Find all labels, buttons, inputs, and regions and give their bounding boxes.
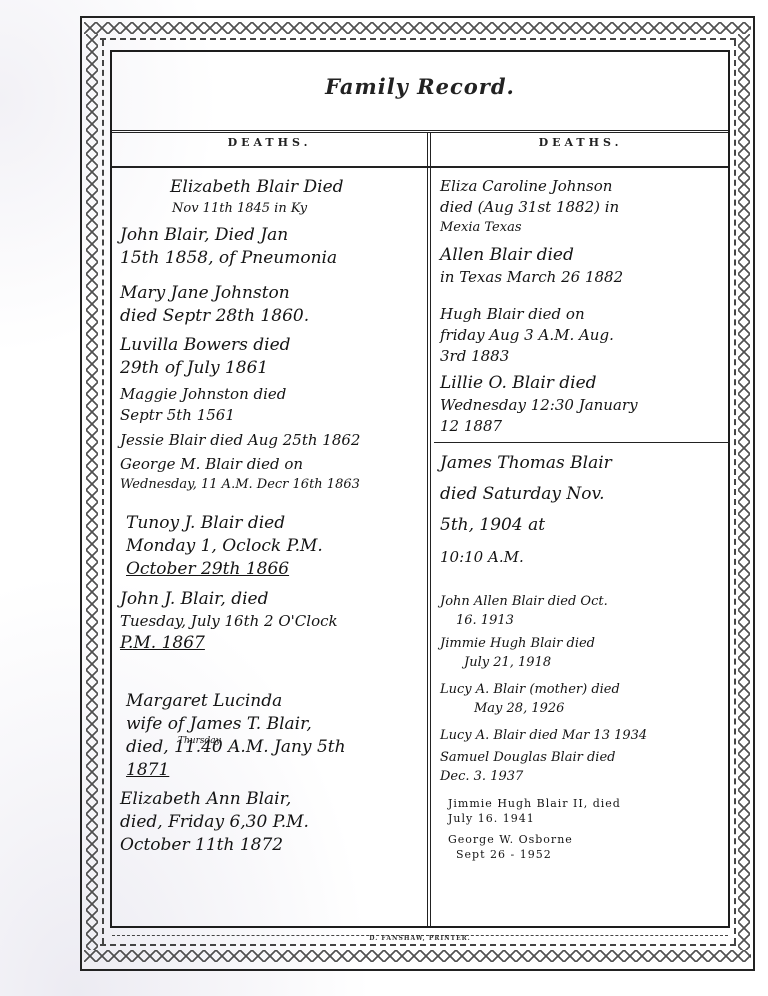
entry-line: Sept 26 - 1952 <box>448 847 724 862</box>
death-entry: Jessie Blair died Aug 25th 1862 <box>120 430 420 451</box>
entry-line: Mexia Texas <box>440 218 724 237</box>
entry-line: 29th of July 1861 <box>120 357 420 380</box>
entry-line: John Blair, Died Jan <box>120 224 420 247</box>
entry-line: 12 1887 <box>440 416 724 437</box>
entry-line: wife of James T. Blair, <box>126 713 420 736</box>
entry-line: George W. Osborne <box>448 832 724 847</box>
death-entry: Margaret Lucinda wife of James T. Blair,… <box>120 690 420 782</box>
entry-line: friday Aug 3 A.M. Aug. <box>440 325 724 346</box>
entry-line: died Septr 28th 1860. <box>120 305 420 328</box>
entry-line: James Thomas Blair <box>440 452 724 475</box>
entry-line: Jimmie Hugh Blair died <box>440 634 724 653</box>
entry-line: Dec. 3. 1937 <box>440 767 724 786</box>
entry-line: October 11th 1872 <box>120 834 420 857</box>
entry-line: Elizabeth Ann Blair, <box>120 788 420 811</box>
border-dash-bottom <box>100 944 736 946</box>
entry-line: May 28, 1926 <box>440 699 724 718</box>
border-dash-top <box>100 38 736 40</box>
column-header-right: DEATHS. <box>431 136 730 149</box>
entry-line: Jimmie Hugh Blair II, died <box>448 796 724 811</box>
column-header-left: DEATHS. <box>112 136 427 149</box>
entry-line: July 21, 1918 <box>440 653 724 672</box>
death-entry: John Allen Blair died Oct. 16. 1913 <box>440 592 724 630</box>
entry-line: Wednesday, 11 A.M. Decr 16th 1863 <box>120 475 420 494</box>
insert-note: Thursday <box>178 730 221 753</box>
entry-line: 5th, 1904 at <box>440 514 724 537</box>
death-entry: Samuel Douglas Blair died Dec. 3. 1937 <box>440 748 724 786</box>
death-entry: Hugh Blair died on friday Aug 3 A.M. Aug… <box>440 304 724 367</box>
death-entry: John J. Blair, died Tuesday, July 16th 2… <box>120 588 420 655</box>
entry-line: died (Aug 31st 1882) in <box>440 197 724 218</box>
entry-line: 10:10 A.M. <box>440 547 724 568</box>
entry-line: July 16. 1941 <box>448 811 724 826</box>
entry-line: died, 11.40 A.M. Jany 5th <box>126 736 420 759</box>
death-entry: Elizabeth Ann Blair, died, Friday 6,30 P… <box>120 788 420 857</box>
border-dash-left <box>102 40 104 944</box>
death-entry: Allen Blair died in Texas March 26 1882 <box>440 244 724 288</box>
death-entry: George W. Osborne Sept 26 - 1952 <box>440 832 724 862</box>
printer-imprint: D. FANSHAW, PRINTER. <box>112 935 728 942</box>
page-title: Family Record. <box>112 74 728 99</box>
death-entry: Tunoy J. Blair died Monday 1, Oclock P.M… <box>120 512 420 581</box>
death-entry: James Thomas Blair died Saturday Nov. 5t… <box>440 452 724 568</box>
entry-line: Lucy A. Blair (mother) died <box>440 680 724 699</box>
death-entry: Lucy A. Blair (mother) died May 28, 1926 <box>440 680 724 718</box>
entry-line: Margaret Lucinda <box>126 690 420 713</box>
entry-line: Eliza Caroline Johnson <box>440 176 724 197</box>
entry-line: Mary Jane Johnston <box>120 282 420 305</box>
death-entry: Eliza Caroline Johnson died (Aug 31st 18… <box>440 176 724 237</box>
death-entry: Elizabeth Blair Died Nov 11th 1845 in Ky <box>120 176 420 218</box>
entry-line: 1871 <box>126 759 420 782</box>
column-divider <box>427 132 431 926</box>
entry-line: Allen Blair died <box>440 244 724 267</box>
entry-line: died Saturday Nov. <box>440 483 724 506</box>
death-entry: Jimmie Hugh Blair II, died July 16. 1941 <box>440 796 724 826</box>
entry-line: 15th 1858, of Pneumonia <box>120 247 420 270</box>
entry-line: Nov 11th 1845 in Ky <box>170 199 420 218</box>
entry-line: Monday 1, Oclock P.M. <box>126 535 420 558</box>
entry-line: died, Friday 6,30 P.M. <box>120 811 420 834</box>
family-record-form: Family Record. DEATHS. DEATHS. Elizabeth… <box>110 50 730 928</box>
title-rule <box>112 130 728 133</box>
death-entry: Mary Jane Johnston died Septr 28th 1860. <box>120 282 420 328</box>
entry-line: John Allen Blair died Oct. <box>440 592 724 611</box>
entry-line: Lucy A. Blair died Mar 13 1934 <box>440 726 724 745</box>
border-crosshatch-right <box>738 34 750 950</box>
death-entry: Jimmie Hugh Blair died July 21, 1918 <box>440 634 724 672</box>
entry-line: George M. Blair died on <box>120 454 420 475</box>
death-entry: Luvilla Bowers died 29th of July 1861 <box>120 334 420 380</box>
entry-separator <box>434 442 730 443</box>
entry-line: Elizabeth Blair Died <box>170 176 420 199</box>
entry-line: John J. Blair, died <box>120 588 420 611</box>
header-rule <box>112 166 728 168</box>
entry-line: Tuesday, July 16th 2 O'Clock <box>120 611 420 632</box>
entry-line: Luvilla Bowers died <box>120 334 420 357</box>
entry-line: P.M. 1867 <box>120 632 420 655</box>
border-crosshatch-left <box>86 34 98 950</box>
entry-line: Maggie Johnston died <box>120 384 420 405</box>
entry-line: Jessie Blair died Aug 25th 1862 <box>120 430 420 451</box>
entry-line: 3rd 1883 <box>440 346 724 367</box>
entry-line: 16. 1913 <box>440 611 724 630</box>
entry-line: Wednesday 12:30 January <box>440 395 724 416</box>
entry-line: October 29th 1866 <box>126 558 420 581</box>
death-entry: John Blair, Died Jan 15th 1858, of Pneum… <box>120 224 420 270</box>
entry-line: in Texas March 26 1882 <box>440 267 724 288</box>
death-entry: Lillie O. Blair died Wednesday 12:30 Jan… <box>440 372 724 437</box>
border-dash-right <box>734 40 736 944</box>
entry-line: Tunoy J. Blair died <box>126 512 420 535</box>
death-entry: Lucy A. Blair died Mar 13 1934 <box>440 726 724 745</box>
entry-line: Hugh Blair died on <box>440 304 724 325</box>
entry-line: Samuel Douglas Blair died <box>440 748 724 767</box>
border-crosshatch-top <box>84 22 751 34</box>
death-entry: George M. Blair died on Wednesday, 11 A.… <box>120 454 420 494</box>
death-entry: Maggie Johnston died Septr 5th 1561 <box>120 384 420 426</box>
entry-line: Lillie O. Blair died <box>440 372 724 395</box>
border-crosshatch-bottom <box>84 950 751 962</box>
entry-line: Septr 5th 1561 <box>120 405 420 426</box>
